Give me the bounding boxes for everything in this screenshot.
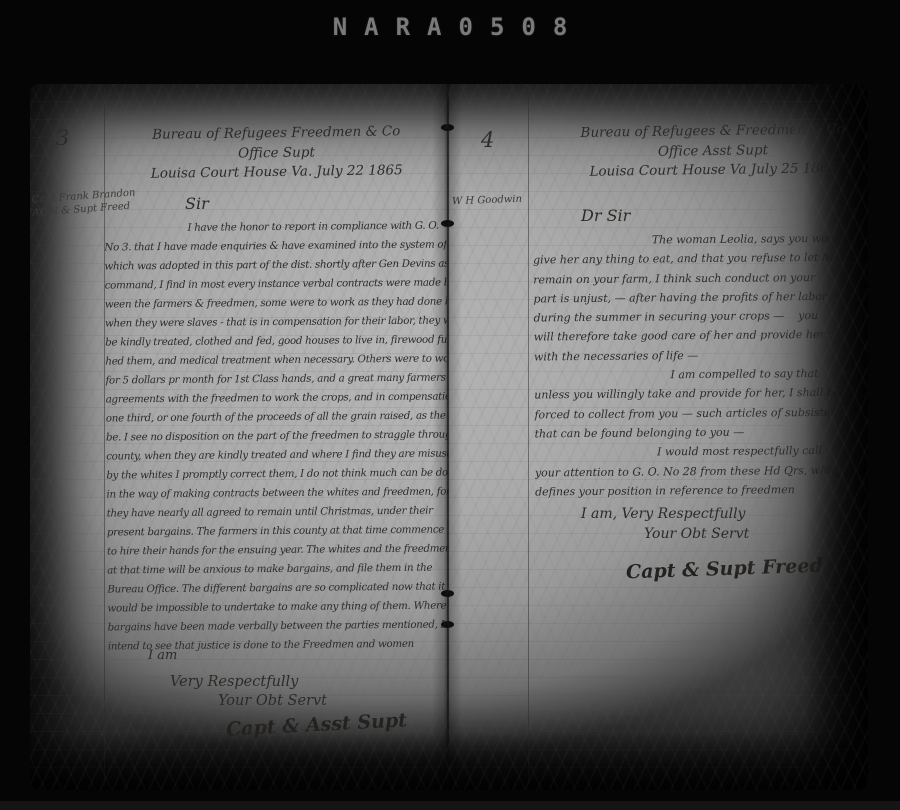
binding-stitch	[441, 220, 454, 227]
binding-gutter-line	[447, 84, 449, 790]
binding-stitch	[441, 621, 454, 628]
left-margin-note: Capt Frank BrandonAQM & Supt Freed	[31, 186, 137, 219]
right-closing-i-am: I am, Very Respectfully	[581, 506, 745, 522]
right-edge-vignette	[804, 84, 868, 790]
left-page-number: 3	[56, 126, 69, 150]
right-margin-note: W H Goodwin	[452, 193, 522, 208]
binding-stitch	[441, 590, 454, 597]
left-salutation: Sir	[185, 194, 209, 213]
margin-note-line: W H Goodwin	[452, 193, 522, 208]
right-page-number: 4	[481, 128, 494, 152]
right-closing-servant: Your Obt Servt	[644, 526, 749, 542]
film-background: NARA0508 3 Capt Frank BrandonAQM & Supt …	[0, 0, 900, 810]
left-closing-servant: Your Obt Servt	[218, 693, 327, 709]
nara-watermark: NARA0508	[0, 13, 900, 41]
left-letter-body: I have the honor to report in compliance…	[104, 217, 450, 657]
left-letter-heading: Bureau of Refugees Freedmen & CoOffice S…	[114, 122, 440, 185]
right-signature: Capt & Supt Freed	[626, 555, 823, 584]
bottom-edge-vignette	[30, 734, 868, 790]
heading-line: Louisa Court House Va. July 22 1865	[114, 161, 439, 185]
film-frame-edge	[0, 801, 900, 810]
left-closing-respectfully: Very Respectfully	[170, 674, 298, 690]
right-salutation: Dr Sir	[581, 206, 630, 225]
binding-stitch	[441, 124, 454, 131]
left-closing-i-am: I am	[148, 648, 177, 663]
left-page: 3 Capt Frank BrandonAQM & Supt Freed Bur…	[30, 84, 448, 790]
book-spread: 3 Capt Frank BrandonAQM & Supt Freed Bur…	[30, 84, 868, 790]
right-margin-rule	[528, 89, 529, 785]
